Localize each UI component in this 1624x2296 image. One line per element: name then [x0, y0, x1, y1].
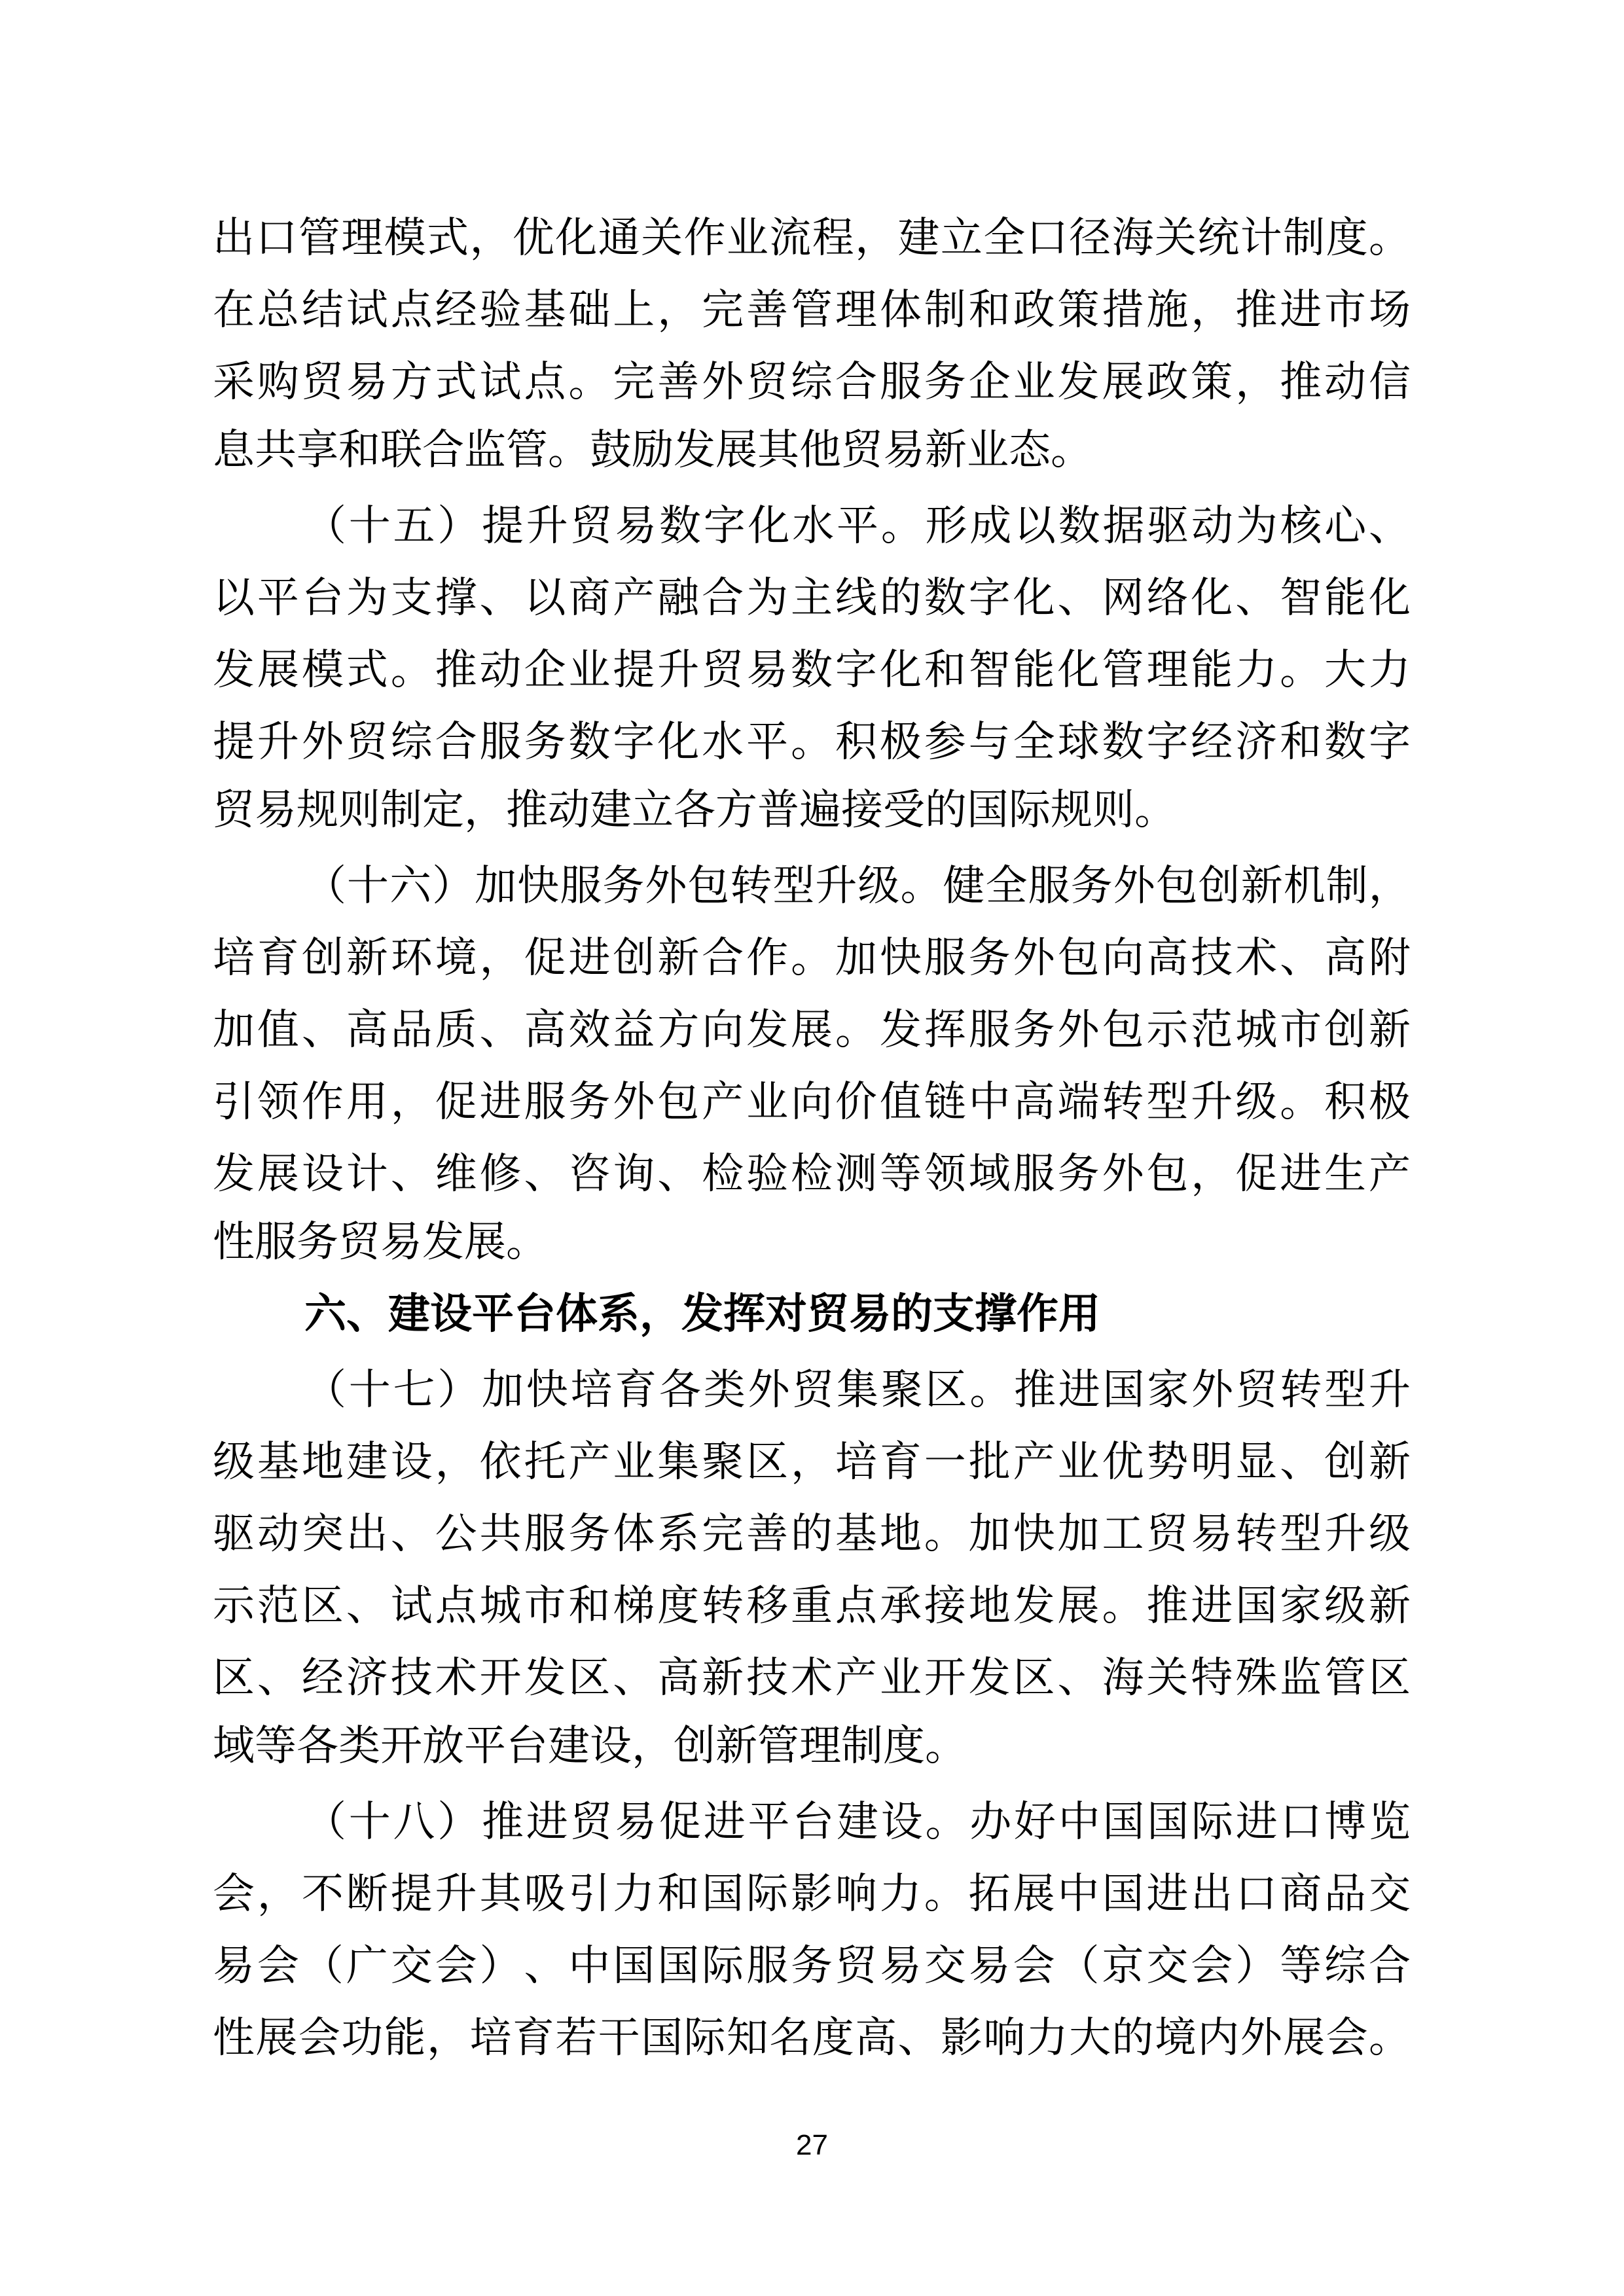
text-line: 易会（广交会）、中国国际服务贸易交易会（京交会）等综合 — [213, 1926, 1411, 1998]
text-line: 出口管理模式，优化通关作业流程，建立全口径海关统计制度。 — [213, 198, 1411, 270]
text-line: 性展会功能，培育若干国际知名度高、影响力大的境内外展会。 — [213, 1998, 1411, 2070]
document-page: 出口管理模式，优化通关作业流程，建立全口径海关统计制度。在总结试点经验基础上，完… — [0, 0, 1624, 2296]
text-line: 级基地建设，依托产业集聚区，培育一批产业优势明显、创新 — [213, 1422, 1411, 1494]
text-line: 加值、高品质、高效益方向发展。发挥服务外包示范城市创新 — [213, 990, 1411, 1062]
text-line: （十五）提升贸易数字化水平。形成以数据驱动为核心、 — [213, 486, 1411, 558]
text-line: 在总结试点经验基础上，完善管理体制和政策措施，推进市场 — [213, 270, 1411, 342]
text-line: 提升外贸综合服务数字化水平。积极参与全球数字经济和数字 — [213, 702, 1411, 774]
text-line: （十八）推进贸易促进平台建设。办好中国国际进口博览 — [213, 1782, 1411, 1854]
text-line: 贸易规则制定，推动建立各方普遍接受的国际规则。 — [213, 774, 1411, 846]
text-line: （十六）加快服务外包转型升级。健全服务外包创新机制， — [213, 846, 1411, 918]
text-line: 发展设计、维修、咨询、检验检测等领域服务外包，促进生产 — [213, 1134, 1411, 1206]
text-line: 域等各类开放平台建设，创新管理制度。 — [213, 1710, 1411, 1782]
page-number: 27 — [796, 2129, 828, 2161]
text-line: 引领作用，促进服务外包产业向价值链中高端转型升级。积极 — [213, 1062, 1411, 1134]
text-line: 发展模式。推动企业提升贸易数字化和智能化管理能力。大力 — [213, 630, 1411, 702]
text-line: 采购贸易方式试点。完善外贸综合服务企业发展政策，推动信 — [213, 342, 1411, 414]
text-line: 示范区、试点城市和梯度转移重点承接地发展。推进国家级新 — [213, 1566, 1411, 1638]
section-heading: 六、建设平台体系，发挥对贸易的支撑作用 — [213, 1278, 1411, 1350]
text-line: 以平台为支撑、以商产融合为主线的数字化、网络化、智能化 — [213, 558, 1411, 630]
text-line: 会，不断提升其吸引力和国际影响力。拓展中国进出口商品交 — [213, 1854, 1411, 1926]
text-line: 培育创新环境，促进创新合作。加快服务外包向高技术、高附 — [213, 918, 1411, 990]
text-line: 区、经济技术开发区、高新技术产业开发区、海关特殊监管区 — [213, 1638, 1411, 1710]
text-line: （十七）加快培育各类外贸集聚区。推进国家外贸转型升 — [213, 1350, 1411, 1422]
document-body: 出口管理模式，优化通关作业流程，建立全口径海关统计制度。在总结试点经验基础上，完… — [213, 198, 1411, 2070]
text-line: 驱动突出、公共服务体系完善的基地。加快加工贸易转型升级 — [213, 1494, 1411, 1566]
text-line: 息共享和联合监管。鼓励发展其他贸易新业态。 — [213, 414, 1411, 486]
text-line: 性服务贸易发展。 — [213, 1206, 1411, 1278]
page-footer: 27 — [0, 2126, 1624, 2165]
